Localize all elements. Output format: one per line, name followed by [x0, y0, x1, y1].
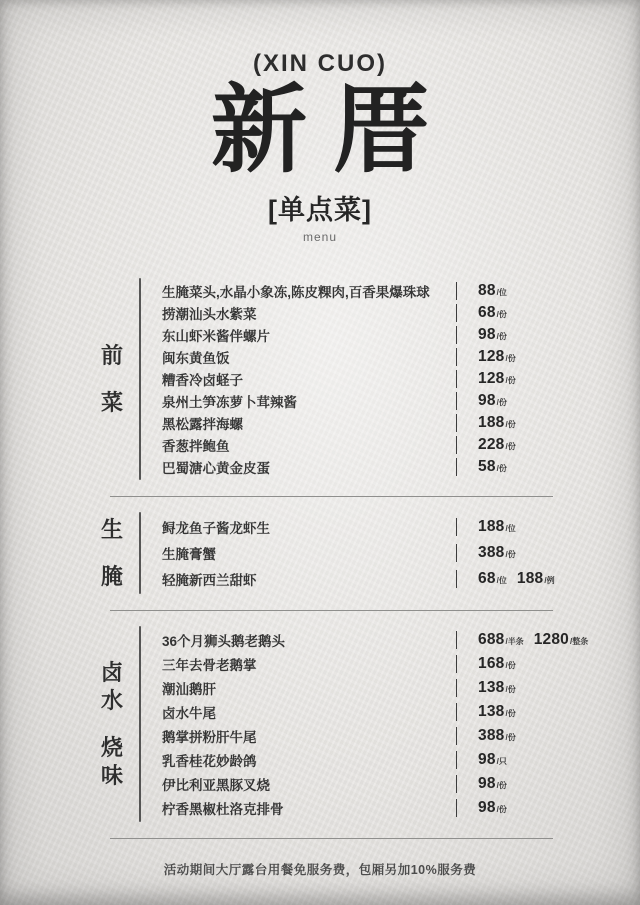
price: 138/份: [478, 679, 516, 697]
menu-header: (XIN CUO) 新厝 [单点菜] menu: [0, 50, 640, 244]
menu-word-label: menu: [0, 230, 640, 244]
price-amount: 388: [478, 727, 504, 745]
menu-item-row: 伊比利亚黑豚叉烧98/份: [141, 772, 555, 796]
section-label-column: 卤 水烧 味: [85, 626, 139, 822]
menu-item-row: 黑松露拌海螺188/份: [141, 412, 555, 434]
price-unit: /例: [544, 575, 554, 586]
price-unit: /份: [505, 708, 515, 719]
menu-item-row: 闽东黄鱼饭128/份: [141, 346, 555, 368]
price-amount: 88: [478, 282, 496, 300]
price-amount: 128: [478, 348, 504, 366]
price-cell: 128/份: [456, 370, 555, 388]
menu-item-row: 柠香黑椒杜洛克排骨98/份: [141, 796, 555, 820]
price-unit: /份: [497, 309, 507, 320]
price: 688/半条: [478, 631, 524, 649]
price-amount: 168: [478, 655, 504, 673]
dish-name: 捞潮汕头水紫菜: [141, 303, 456, 323]
price: 88/位: [478, 282, 507, 300]
price: 98/份: [478, 392, 507, 410]
price-unit: /位: [505, 523, 515, 534]
price-unit: /份: [505, 660, 515, 671]
menu-item-row: 鹅掌拼粉肝牛尾388/份: [141, 724, 555, 748]
dish-name: 卤水牛尾: [141, 702, 456, 722]
price: 188/例: [517, 570, 555, 588]
price-cell: 228/份: [456, 436, 555, 454]
price-unit: /整条: [570, 636, 588, 647]
menu-item-row: 泉州土笋冻萝卜茸辣酱98/份: [141, 390, 555, 412]
section-divider: [110, 496, 553, 497]
menu-item-row: 捞潮汕头水紫菜68/份: [141, 302, 555, 324]
section-divider: [110, 838, 553, 839]
price-unit: /位: [497, 287, 507, 298]
price-cell: 188/位: [456, 518, 555, 536]
price-cell: 688/半条1280/整条: [456, 631, 555, 649]
price: 128/份: [478, 370, 516, 388]
price-amount: 98: [478, 326, 496, 344]
menu-item-row: 生腌膏蟹388/份: [141, 540, 555, 566]
menu-body: 前菜生腌菜头,水晶小象冻,陈皮粿肉,百香果爆珠球88/位捞潮汕头水紫菜68/份东…: [85, 278, 555, 854]
menu-item-row: 糟香冷卤蛏子128/份: [141, 368, 555, 390]
price-unit: /份: [505, 684, 515, 695]
section-divider: [110, 610, 553, 611]
price-amount: 68: [478, 570, 496, 588]
menu-item-row: 生腌菜头,水晶小象冻,陈皮粿肉,百香果爆珠球88/位: [141, 280, 555, 302]
price: 168/份: [478, 655, 516, 673]
price-unit: /份: [505, 375, 515, 386]
price: 98/份: [478, 799, 507, 817]
price-unit: /只: [497, 756, 507, 767]
price-cell: 58/份: [456, 458, 555, 476]
menu-item-row: 鲟龙鱼子酱龙虾生188/位: [141, 514, 555, 540]
menu-item-row: 三年去骨老鹅掌168/份: [141, 652, 555, 676]
menu-item-row: 巴蜀溏心黄金皮蛋58/份: [141, 456, 555, 478]
section-label: 烧 味: [101, 734, 123, 789]
dish-name: 糟香冷卤蛏子: [141, 369, 456, 389]
price-amount: 68: [478, 304, 496, 322]
price-cell: 88/位: [456, 282, 555, 300]
price-cell: 388/份: [456, 544, 555, 562]
dish-name: 黑松露拌海螺: [141, 413, 456, 433]
price-amount: 228: [478, 436, 504, 454]
dish-name: 生腌膏蟹: [141, 543, 456, 563]
price-cell: 138/份: [456, 679, 555, 697]
service-fee-notice: 活动期间大厅露台用餐免服务费，包厢另加10%服务费: [0, 860, 640, 878]
price-amount: 388: [478, 544, 504, 562]
menu-subtitle: [单点菜]: [0, 188, 640, 227]
menu-item-row: 轻腌新西兰甜虾68/位188/例: [141, 566, 555, 592]
menu-section: 前菜生腌菜头,水晶小象冻,陈皮粿肉,百香果爆珠球88/位捞潮汕头水紫菜68/份东…: [85, 278, 555, 480]
section-items: 36个月狮头鹅老鹅头688/半条1280/整条三年去骨老鹅掌168/份潮汕鹅肝1…: [141, 626, 555, 822]
price-unit: /份: [497, 804, 507, 815]
price-cell: 128/份: [456, 348, 555, 366]
price: 188/位: [478, 518, 516, 536]
price-amount: 128: [478, 370, 504, 388]
restaurant-name-romanized: (XIN CUO): [0, 50, 640, 78]
price-cell: 98/份: [456, 799, 555, 817]
price: 188/份: [478, 414, 516, 432]
price-cell: 168/份: [456, 655, 555, 673]
price: 1280/整条: [534, 631, 589, 649]
section-vertical-rule: [139, 278, 141, 480]
price-cell: 68/位188/例: [456, 570, 555, 588]
price-unit: /份: [505, 419, 515, 430]
price-unit: /份: [505, 353, 515, 364]
price-amount: 188: [517, 570, 543, 588]
dish-name: 巴蜀溏心黄金皮蛋: [141, 457, 456, 477]
price-cell: 98/只: [456, 751, 555, 769]
section-label-column: 前菜: [85, 278, 139, 480]
dish-name: 闽东黄鱼饭: [141, 347, 456, 367]
dish-name: 潮汕鹅肝: [141, 678, 456, 698]
section-items: 生腌菜头,水晶小象冻,陈皮粿肉,百香果爆珠球88/位捞潮汕头水紫菜68/份东山虾…: [141, 278, 555, 480]
price: 128/份: [478, 348, 516, 366]
price: 68/份: [478, 304, 507, 322]
price: 68/位: [478, 570, 507, 588]
section-label: 菜: [101, 389, 123, 417]
dish-name: 泉州土笋冻萝卜茸辣酱: [141, 391, 456, 411]
price-unit: /份: [505, 441, 515, 452]
dish-name: 36个月狮头鹅老鹅头: [141, 630, 456, 650]
dish-name: 轻腌新西兰甜虾: [141, 569, 456, 589]
price: 98/份: [478, 775, 507, 793]
dish-name: 柠香黑椒杜洛克排骨: [141, 798, 456, 818]
menu-item-row: 潮汕鹅肝138/份: [141, 676, 555, 700]
price-cell: 388/份: [456, 727, 555, 745]
price-cell: 68/份: [456, 304, 555, 322]
price-amount: 188: [478, 518, 504, 536]
menu-section: 卤 水烧 味36个月狮头鹅老鹅头688/半条1280/整条三年去骨老鹅掌168/…: [85, 626, 555, 822]
menu-item-row: 东山虾米酱伴螺片98/份: [141, 324, 555, 346]
section-vertical-rule: [139, 626, 141, 822]
menu-item-row: 卤水牛尾138/份: [141, 700, 555, 724]
price: 58/份: [478, 458, 507, 476]
price-unit: /份: [497, 331, 507, 342]
price-amount: 98: [478, 799, 496, 817]
restaurant-name-title: 新厝: [0, 80, 640, 182]
price-cell: 138/份: [456, 703, 555, 721]
price-cell: 98/份: [456, 392, 555, 410]
price: 138/份: [478, 703, 516, 721]
section-items: 鲟龙鱼子酱龙虾生188/位生腌膏蟹388/份轻腌新西兰甜虾68/位188/例: [141, 512, 555, 594]
section-label-column: 生腌: [85, 512, 139, 594]
price-cell: 98/份: [456, 326, 555, 344]
dish-name: 东山虾米酱伴螺片: [141, 325, 456, 345]
price: 388/份: [478, 727, 516, 745]
price-unit: /份: [505, 549, 515, 560]
dish-name: 香葱拌鲍鱼: [141, 435, 456, 455]
section-vertical-rule: [139, 512, 141, 594]
price-unit: /份: [497, 463, 507, 474]
price: 98/份: [478, 326, 507, 344]
price-unit: /份: [497, 780, 507, 791]
price: 98/只: [478, 751, 507, 769]
price-cell: 98/份: [456, 775, 555, 793]
menu-item-row: 36个月狮头鹅老鹅头688/半条1280/整条: [141, 628, 555, 652]
dish-name: 伊比利亚黑豚叉烧: [141, 774, 456, 794]
menu-item-row: 乳香桂花妙龄鸽98/只: [141, 748, 555, 772]
section-label: 腌: [101, 563, 123, 591]
price-cell: 188/份: [456, 414, 555, 432]
price-unit: /位: [497, 575, 507, 586]
dish-name: 鲟龙鱼子酱龙虾生: [141, 517, 456, 537]
price-unit: /份: [497, 397, 507, 408]
price-amount: 98: [478, 392, 496, 410]
price: 228/份: [478, 436, 516, 454]
price-unit: /半条: [505, 636, 523, 647]
menu-item-row: 香葱拌鲍鱼228/份: [141, 434, 555, 456]
section-label: 卤 水: [101, 659, 123, 714]
price-amount: 1280: [534, 631, 569, 649]
price-unit: /份: [505, 732, 515, 743]
dish-name: 生腌菜头,水晶小象冻,陈皮粿肉,百香果爆珠球: [141, 281, 456, 301]
price-amount: 138: [478, 679, 504, 697]
price-amount: 98: [478, 751, 496, 769]
dish-name: 乳香桂花妙龄鸽: [141, 750, 456, 770]
section-label: 前: [101, 342, 123, 370]
price-amount: 138: [478, 703, 504, 721]
menu-page: (XIN CUO) 新厝 [单点菜] menu 前菜生腌菜头,水晶小象冻,陈皮粿…: [0, 0, 640, 905]
section-label: 生: [101, 516, 123, 544]
dish-name: 鹅掌拼粉肝牛尾: [141, 726, 456, 746]
price-amount: 188: [478, 414, 504, 432]
price-amount: 58: [478, 458, 496, 476]
price-amount: 688: [478, 631, 504, 649]
dish-name: 三年去骨老鹅掌: [141, 654, 456, 674]
menu-section: 生腌鲟龙鱼子酱龙虾生188/位生腌膏蟹388/份轻腌新西兰甜虾68/位188/例: [85, 512, 555, 594]
price: 388/份: [478, 544, 516, 562]
price-amount: 98: [478, 775, 496, 793]
